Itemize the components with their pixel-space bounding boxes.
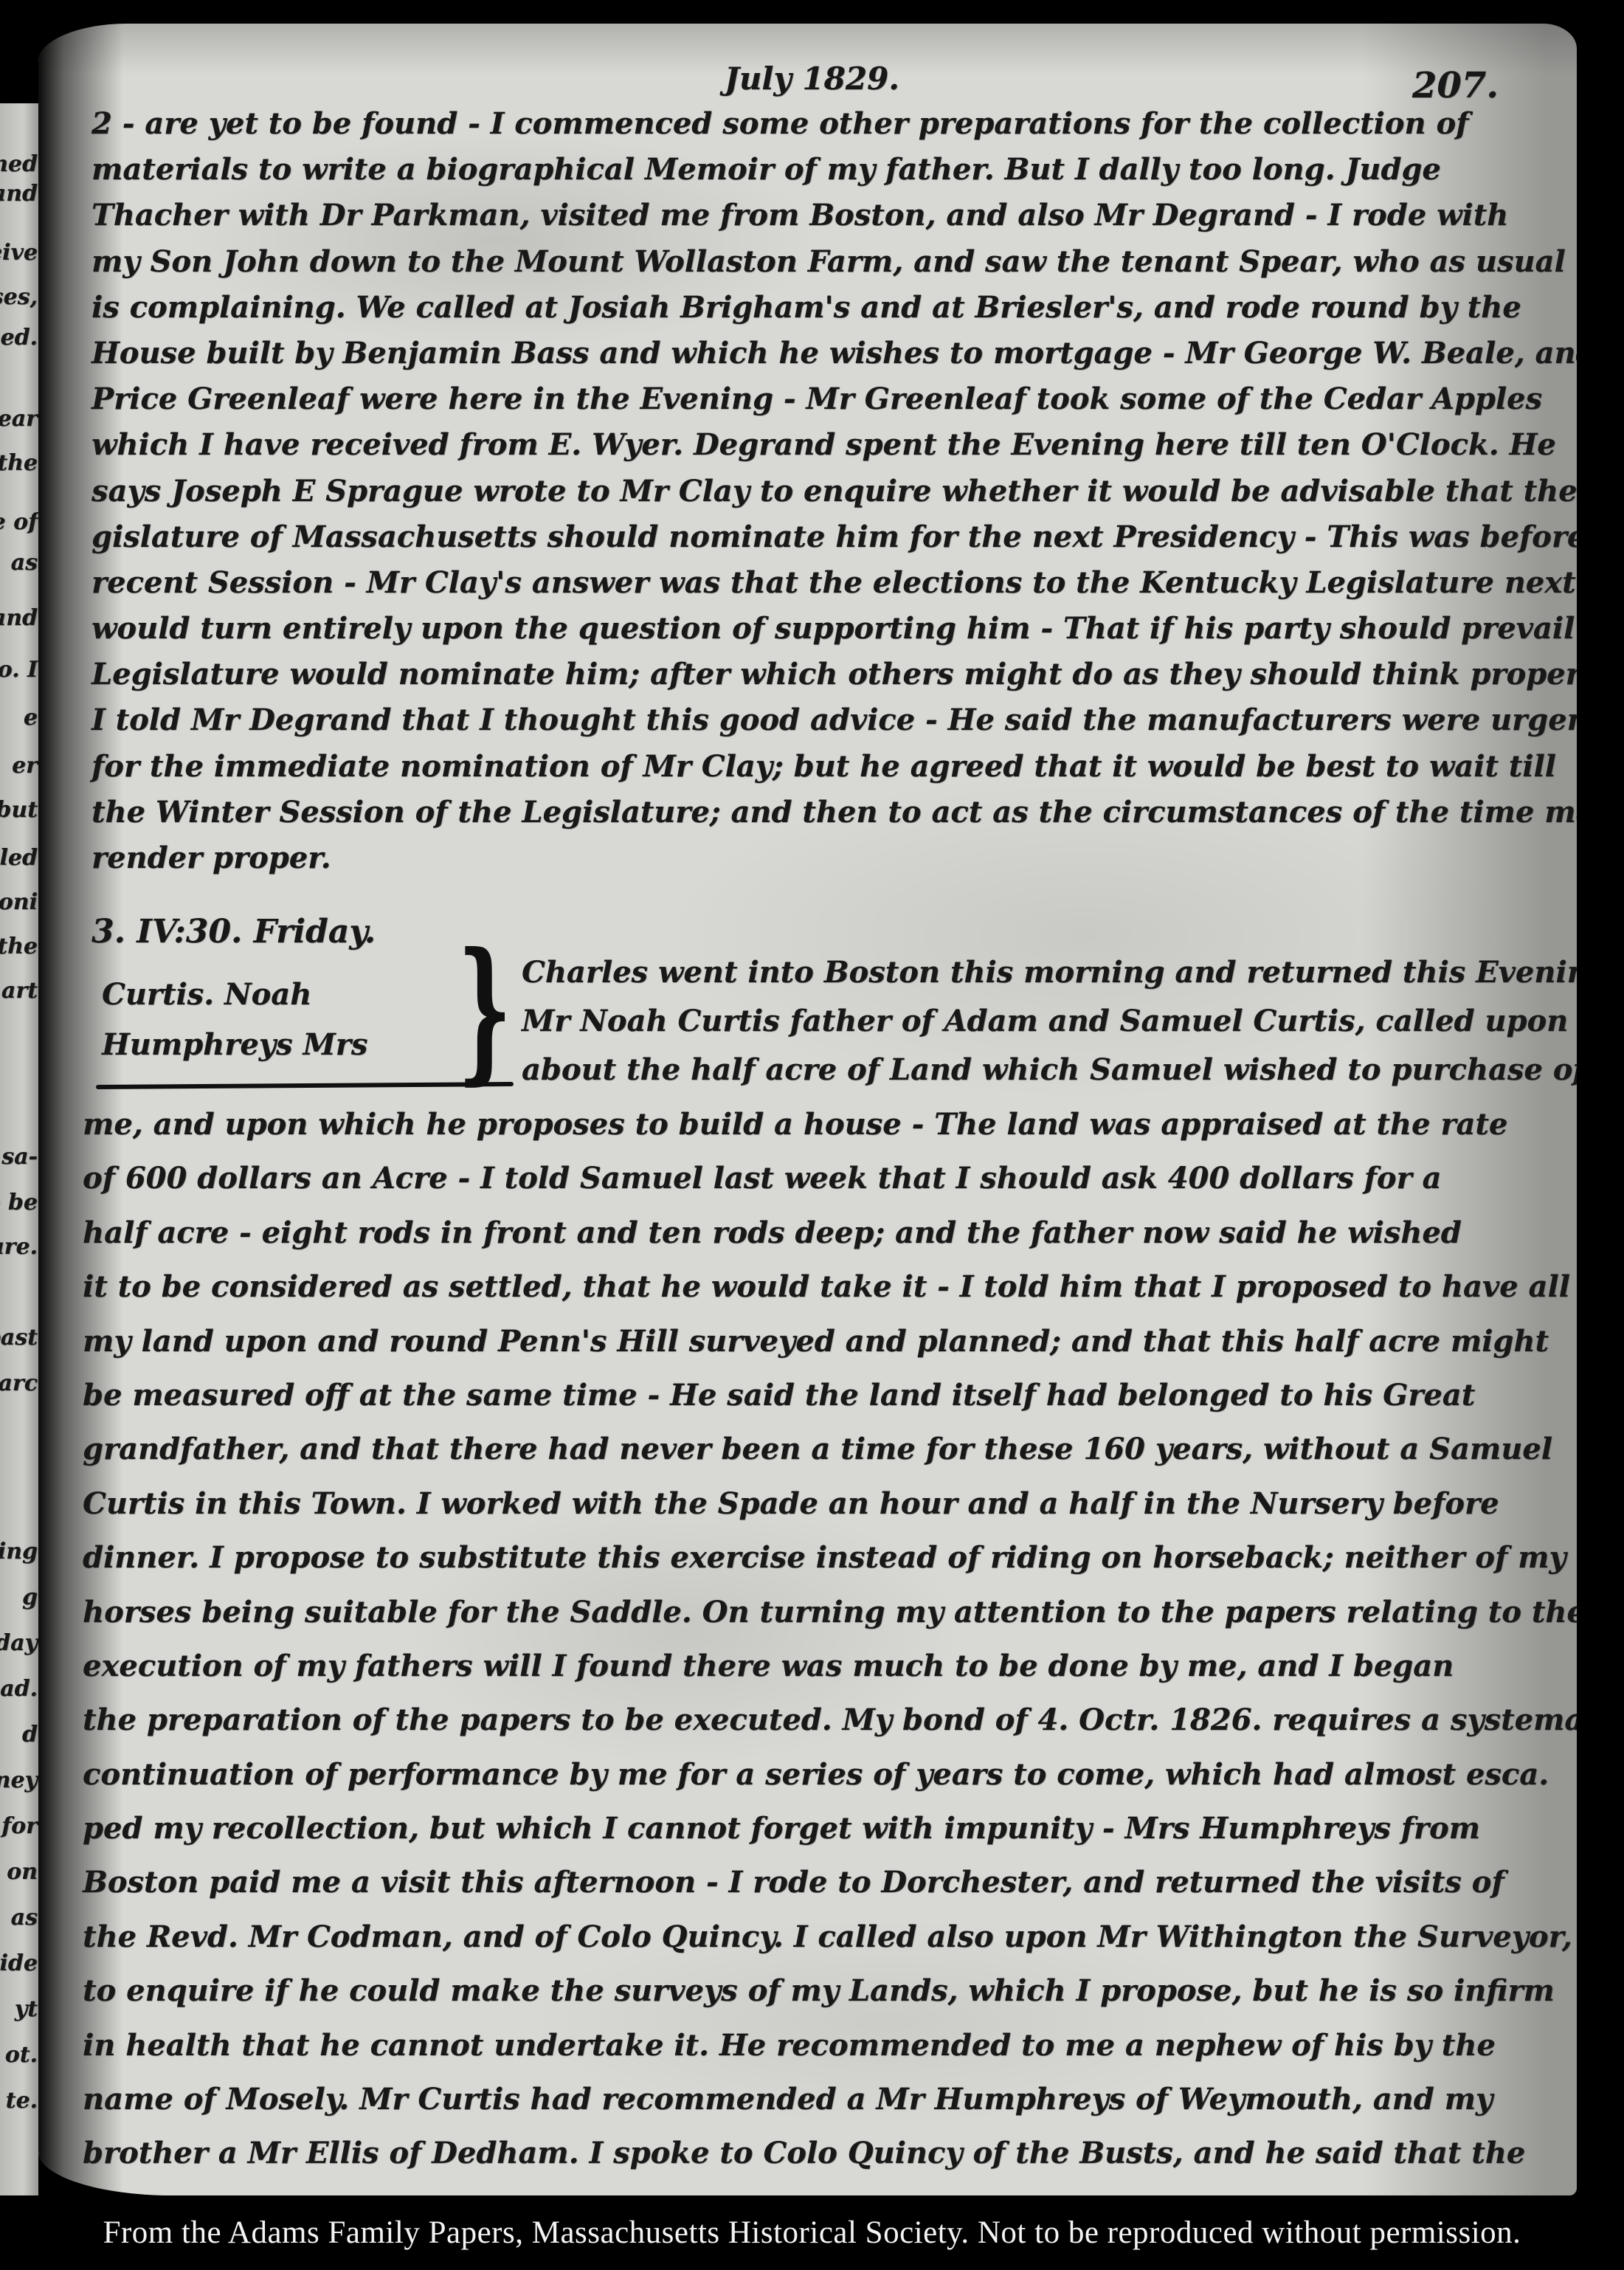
manuscript-line: Legislature would nominate him; after wh…	[91, 657, 1567, 703]
margin-note: Curtis. Noah Humphreys Mrs	[102, 970, 367, 1070]
manuscript-line: for the immediate nomination of Mr Clay;…	[91, 749, 1567, 795]
margin-note-line: Humphreys Mrs	[102, 1020, 367, 1070]
manuscript-line: which I have received from E. Wyer. Degr…	[91, 427, 1567, 473]
edge-text-fragment: ad.	[0, 1676, 38, 1702]
date-header: July 1829.	[725, 61, 899, 97]
manuscript-line: recent Session - Mr Clay's answer was th…	[91, 565, 1567, 611]
edge-text-fragment: as	[11, 550, 38, 576]
manuscript-line: Price Greenleaf were here in the Evening…	[91, 382, 1567, 427]
edge-text-fragment: g	[22, 1584, 38, 1610]
manuscript-line: to enquire if he could make the surveys …	[83, 1973, 1566, 2027]
edge-text-fragment: ed.	[0, 325, 38, 351]
manuscript-line: continuation of performance by me for a …	[83, 1757, 1566, 1811]
manuscript-line: my Son John down to the Mount Wollaston …	[91, 244, 1567, 290]
manuscript-line: me, and upon which he proposes to build …	[83, 1107, 1566, 1161]
manuscript-line: Thacher with Dr Parkman, visited me from…	[91, 198, 1567, 244]
edge-text-fragment: ases,	[0, 284, 38, 310]
manuscript-line: dinner. I propose to substitute this exe…	[83, 1540, 1566, 1594]
edge-text-fragment: sa-	[1, 1144, 38, 1170]
manuscript-line: grandfather, and that there had never be…	[83, 1432, 1566, 1486]
manuscript-line: the Winter Session of the Legislature; a…	[91, 795, 1567, 841]
edge-text-fragment: d	[22, 1722, 38, 1748]
edge-text-fragment: e	[24, 705, 38, 731]
margin-note-line: Curtis. Noah	[102, 970, 367, 1020]
edge-text-fragment: side	[0, 1950, 38, 1976]
diary-page: July 1829. 207. 2 - are yet to be found …	[38, 24, 1577, 2195]
edge-text-fragment: the	[0, 450, 38, 476]
manuscript-line: render proper.	[91, 841, 1567, 886]
edge-text-fragment: nfined	[0, 151, 38, 177]
edge-text-fragment: yt	[15, 1996, 38, 2022]
edge-text-fragment: on	[7, 1859, 38, 1885]
edge-text-fragment: art	[1, 978, 38, 1004]
manuscript-line: I told Mr Degrand that I thought this go…	[91, 703, 1567, 748]
edge-text-fragment: oni	[0, 889, 38, 915]
edge-text-fragment: er	[12, 753, 38, 779]
manuscript-line: brother a Mr Ellis of Dedham. I spoke to…	[83, 2136, 1566, 2190]
edge-text-fragment: o. I	[0, 657, 38, 683]
edge-text-fragment: ney	[0, 1767, 38, 1793]
margin-note-underline	[96, 1082, 514, 1089]
edge-text-fragment: past	[0, 1325, 38, 1350]
manuscript-line: it to be considered as settled, that he …	[83, 1269, 1566, 1323]
manuscript-line: horses being suitable for the Saddle. On…	[83, 1595, 1566, 1649]
edge-text-fragment: e the	[0, 934, 38, 959]
manuscript-line: in health that he cannot undertake it. H…	[83, 2028, 1566, 2082]
entry-july3-indented-text: Charles went into Boston this morning an…	[522, 955, 1577, 1101]
manuscript-line: the Revd. Mr Codman, and of Colo Quincy.…	[83, 1919, 1566, 1973]
entry-july3-heading: 3. IV:30. Friday.	[91, 913, 376, 951]
facing-page-edge: nfinedandreceiveases,ed.nearthee ofasand…	[0, 103, 38, 2196]
edge-text-fragment: ture.	[0, 1234, 38, 1260]
manuscript-line: ped my recollection, but which I cannot …	[83, 1811, 1566, 1865]
manuscript-line: about the half acre of Land which Samuel…	[522, 1052, 1577, 1101]
manuscript-line: of 600 dollars an Acre - I told Samuel l…	[83, 1161, 1566, 1215]
manuscript-line: is complaining. We called at Josiah Brig…	[91, 290, 1567, 336]
manuscript-line: my land upon and round Penn's Hill surve…	[83, 1324, 1566, 1378]
margin-brace: }	[457, 933, 512, 1086]
edge-text-fragment: ening	[0, 1539, 38, 1564]
edge-text-fragment: to be	[0, 1190, 38, 1215]
manuscript-line: gislature of Massachusetts should nomina…	[91, 520, 1567, 565]
manuscript-line: name of Mosely. Mr Curtis had recommende…	[83, 2082, 1566, 2136]
manuscript-line: Curtis in this Town. I worked with the S…	[83, 1486, 1566, 1540]
manuscript-line: House built by Benjamin Bass and which h…	[91, 336, 1567, 382]
manuscript-line: half acre - eight rods in front and ten …	[83, 1215, 1566, 1269]
manuscript-line: Mr Noah Curtis father of Adam and Samuel…	[522, 1004, 1577, 1052]
edge-text-fragment: te.	[6, 2088, 38, 2114]
credit-bar: From the Adams Family Papers, Massachuse…	[0, 2195, 1624, 2270]
edge-text-fragment: near	[0, 406, 38, 432]
page-number: 207.	[1412, 65, 1499, 106]
edge-text-fragment: ny arc	[0, 1370, 38, 1396]
credit-text: From the Adams Family Papers, Massachuse…	[103, 2215, 1521, 2251]
entry-july2-text: 2 - are yet to be found - I commenced so…	[91, 106, 1567, 886]
manuscript-line: materials to write a biographical Memoir…	[91, 152, 1567, 198]
edge-text-fragment: as	[11, 1905, 38, 1931]
manuscript-line: execution of my fathers will I found the…	[83, 1649, 1566, 1702]
edge-text-fragment: for	[1, 1813, 38, 1839]
edge-text-fragment: ot.	[5, 2042, 38, 2068]
manuscript-line: says Joseph E Sprague wrote to Mr Clay t…	[91, 474, 1567, 520]
edge-text-fragment: and	[0, 605, 38, 631]
manuscript-line: 2 - are yet to be found - I commenced so…	[91, 106, 1567, 152]
manuscript-line: would turn entirely upon the question of…	[91, 611, 1567, 657]
edge-text-fragment: e of	[0, 509, 38, 535]
manuscript-line: the preparation of the papers to be exec…	[83, 1702, 1566, 1756]
edge-text-fragment: led	[0, 845, 38, 871]
edge-text-fragment: and	[0, 181, 38, 207]
manuscript-line: be measured off at the same time - He sa…	[83, 1378, 1566, 1432]
manuscript-scan: nfinedandreceiveases,ed.nearthee ofasand…	[0, 0, 1624, 2270]
edge-text-fragment: receive	[0, 240, 38, 266]
edge-text-fragment: but	[0, 797, 38, 823]
entry-july3-text: me, and upon which he proposes to build …	[83, 1107, 1566, 2190]
edge-text-fragment: day	[0, 1630, 38, 1656]
manuscript-line: Boston paid me a visit this afternoon - …	[83, 1865, 1566, 1919]
manuscript-line: Charles went into Boston this morning an…	[522, 955, 1577, 1004]
